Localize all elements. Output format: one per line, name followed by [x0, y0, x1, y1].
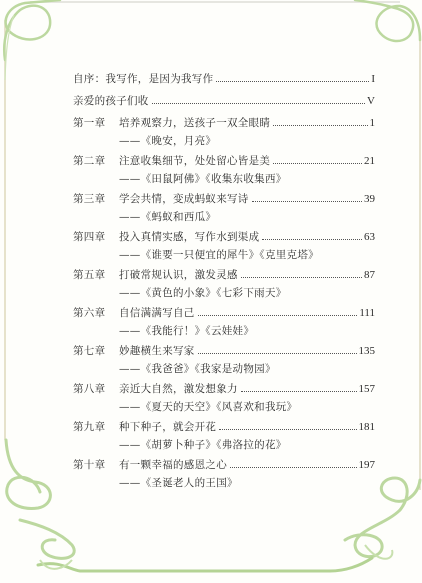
dot-leader	[216, 80, 369, 82]
featured-works: ——《夏天的天空》《风喜欢和我玩》	[73, 400, 375, 414]
featured-works: ——《田鼠阿佛》《收集东收集西》	[73, 172, 375, 186]
page-number: 135	[359, 344, 376, 358]
dot-leader	[219, 428, 356, 430]
page-number: 157	[359, 382, 376, 396]
toc-entry-chapter-7[interactable]: 第七章妙趣横生来写家 135 ——《我爸爸》《我家是动物园》	[73, 344, 375, 382]
entry-title: 种下种子，就会开花	[119, 421, 216, 433]
chapter-label: 第七章	[73, 344, 119, 358]
entry-title: 有一颗幸福的感恩之心	[119, 459, 227, 471]
dot-leader	[241, 276, 362, 278]
dot-leader	[273, 162, 362, 164]
dot-leader	[273, 124, 367, 126]
toc-entry-chapter-2[interactable]: 第二章注意收集细节，处处留心皆是美 21 ——《田鼠阿佛》《收集东收集西》	[73, 154, 375, 192]
entry-title: 培养观察力，送孩子一双全眼睛	[119, 117, 270, 129]
document-page: 自序：我写作，是因为我写作 I 亲爱的孩子们收 V 第一章培养观察力，送孩子一双…	[0, 0, 422, 583]
entry-title: 打破常规认识，激发灵感	[119, 269, 238, 281]
toc-entry-letter[interactable]: 亲爱的孩子们收 V	[73, 94, 375, 116]
chapter-label: 第三章	[73, 192, 119, 206]
chapter-label: 第九章	[73, 420, 119, 434]
chapter-label: 第一章	[73, 116, 119, 130]
dot-leader	[152, 102, 365, 104]
featured-works: ——《蚂蚁和西瓜》	[73, 210, 375, 224]
featured-works: ——《圣诞老人的王国》	[73, 476, 375, 490]
toc-entry-chapter-3[interactable]: 第三章学会共情，变成蚂蚁来写诗 39 ——《蚂蚁和西瓜》	[73, 192, 375, 230]
featured-works: ——《我爸爸》《我家是动物园》	[73, 362, 375, 376]
entry-title: 自信满满写自己	[119, 307, 195, 319]
page-number: 1	[370, 116, 376, 130]
featured-works: ——《我能行！》《云娃娃》	[73, 324, 375, 338]
toc-entry-chapter-9[interactable]: 第九章种下种子，就会开花 181 ——《胡萝卜种子》《弗洛拉的花》	[73, 420, 375, 458]
entry-title: 注意收集细节，处处留心皆是美	[119, 155, 270, 167]
page-number: 21	[364, 154, 375, 168]
toc-entry-chapter-4[interactable]: 第四章投入真情实感，写作水到渠成 63 ——《谁要一只便宜的犀牛》《克里克塔》	[73, 230, 375, 268]
featured-works: ——《谁要一只便宜的犀牛》《克里克塔》	[73, 248, 375, 262]
page-number: 63	[364, 230, 375, 244]
page-number: V	[367, 94, 375, 108]
featured-works: ——《胡萝卜种子》《弗洛拉的花》	[73, 438, 375, 452]
table-of-contents: 自序：我写作，是因为我写作 I 亲爱的孩子们收 V 第一章培养观察力，送孩子一双…	[73, 72, 375, 496]
page-number: 111	[359, 306, 375, 320]
chapter-label: 第五章	[73, 268, 119, 282]
dot-leader	[262, 238, 362, 240]
entry-title: 亲近大自然，激发想象力	[119, 383, 238, 395]
toc-entry-chapter-5[interactable]: 第五章打破常规认识，激发灵感 87 ——《黄色的小象》《七彩下雨天》	[73, 268, 375, 306]
entry-title: 妙趣横生来写家	[119, 345, 195, 357]
featured-works: ——《晚安，月亮》	[73, 134, 375, 148]
dot-leader	[230, 466, 357, 468]
featured-works: ——《黄色的小象》《七彩下雨天》	[73, 286, 375, 300]
toc-entry-chapter-10[interactable]: 第十章有一颗幸福的感恩之心 197 ——《圣诞老人的王国》	[73, 458, 375, 496]
entry-title: 自序：我写作，是因为我写作	[73, 72, 213, 86]
dot-leader	[198, 352, 357, 354]
entry-title: 亲爱的孩子们收	[73, 94, 149, 108]
dot-leader	[241, 390, 357, 392]
chapter-label: 第八章	[73, 382, 119, 396]
chapter-label: 第六章	[73, 306, 119, 320]
page-number: 197	[359, 458, 376, 472]
entry-title: 投入真情实感，写作水到渠成	[119, 231, 259, 243]
page-number: 181	[359, 420, 376, 434]
chapter-label: 第二章	[73, 154, 119, 168]
toc-entry-chapter-1[interactable]: 第一章培养观察力，送孩子一双全眼睛 1 ——《晚安，月亮》	[73, 116, 375, 154]
dot-leader	[252, 200, 362, 202]
page-number: I	[371, 72, 375, 86]
page-number: 39	[364, 192, 375, 206]
toc-entry-preface[interactable]: 自序：我写作，是因为我写作 I	[73, 72, 375, 94]
toc-entry-chapter-6[interactable]: 第六章自信满满写自己 111 ——《我能行！》《云娃娃》	[73, 306, 375, 344]
dot-leader	[198, 314, 358, 316]
chapter-label: 第十章	[73, 458, 119, 472]
toc-entry-chapter-8[interactable]: 第八章亲近大自然，激发想象力 157 ——《夏天的天空》《风喜欢和我玩》	[73, 382, 375, 420]
page-number: 87	[364, 268, 375, 282]
chapter-label: 第四章	[73, 230, 119, 244]
entry-title: 学会共情，变成蚂蚁来写诗	[119, 193, 249, 205]
